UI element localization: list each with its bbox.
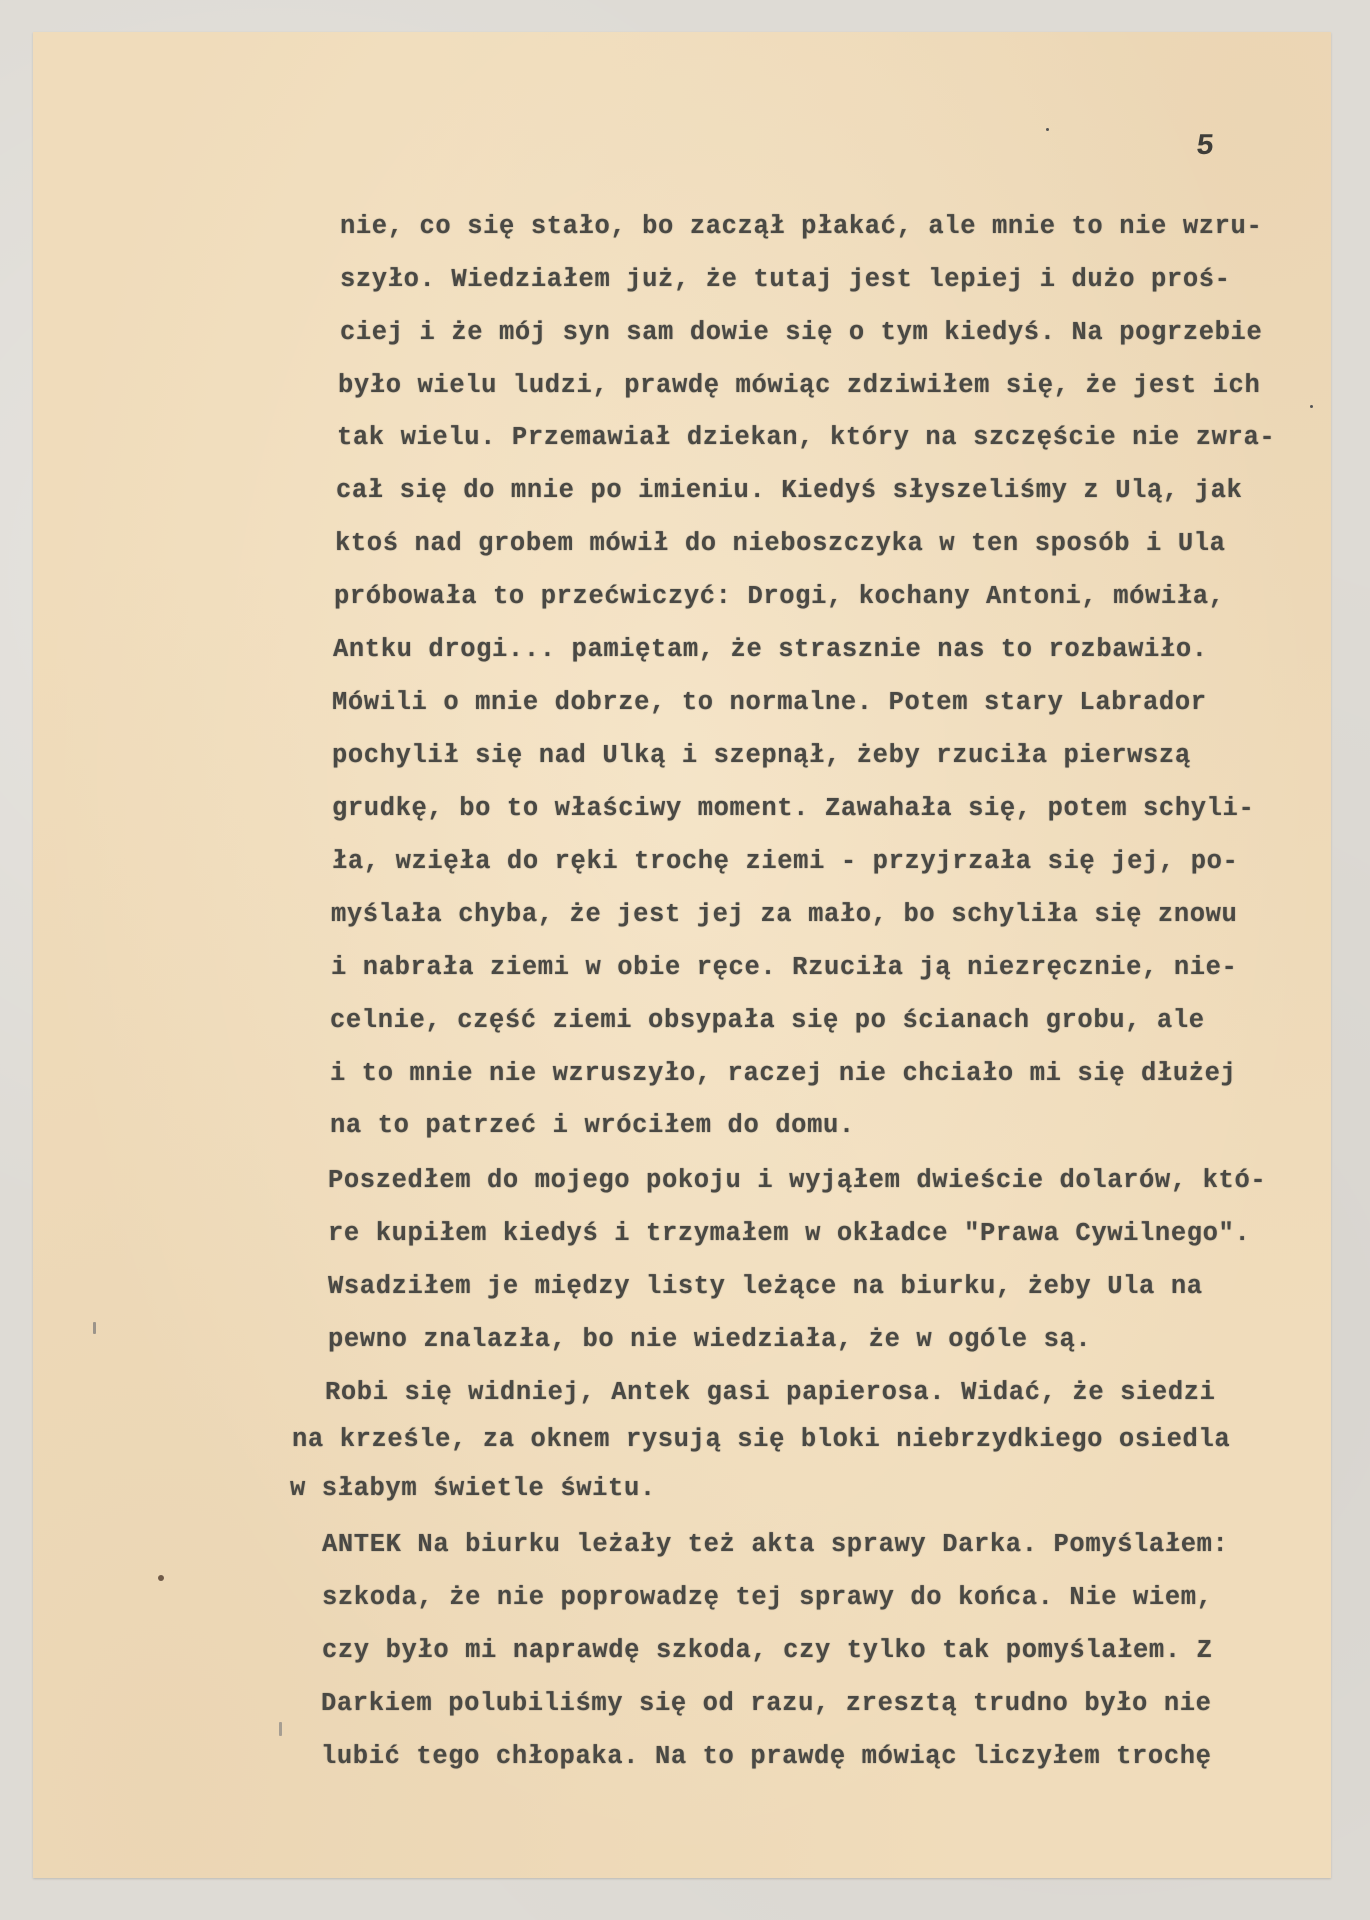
text-line: myślała chyba, że jest jej za mało, bo s… [331, 902, 1237, 928]
text-line: re kupiłem kiedyś i trzymałem w okładce … [328, 1221, 1250, 1247]
text-line: szyło. Wiedziałem już, że tutaj jest lep… [340, 267, 1231, 293]
text-line: Antku drogi... pamiętam, że strasznie na… [333, 637, 1208, 663]
paper-speck [1046, 128, 1049, 131]
text-line: lubić tego chłopaka. Na to prawdę mówiąc… [321, 1744, 1212, 1770]
text-line: i nabrała ziemi w obie ręce. Rzuciła ją … [331, 955, 1237, 981]
text-line: szkoda, że nie poprowadzę tej sprawy do … [322, 1585, 1213, 1611]
text-line: Robi się widniej, Antek gasi papierosa. … [325, 1380, 1216, 1406]
text-line: próbowała to przećwiczyć: Drogi, kochany… [334, 584, 1225, 610]
paper-speck [279, 1722, 282, 1736]
text-line: Wsadziłem je między listy leżące na biur… [328, 1274, 1203, 1300]
text-line: cał się do mnie po imieniu. Kiedyś słysz… [336, 478, 1242, 504]
paper-speck [158, 1575, 164, 1581]
text-line: grudkę, bo to właściwy moment. Zawahała … [332, 796, 1254, 822]
text-line: Mówili o mnie dobrze, to normalne. Potem… [332, 690, 1207, 716]
text-line: ciej i że mój syn sam dowie się o tym ki… [340, 320, 1262, 346]
paper-speck [1310, 405, 1313, 408]
text-line: było wielu ludzi, prawdę mówiąc zdziwiłe… [338, 373, 1260, 399]
typewritten-page: 5 nie, co się stało, bo zaczął płakać, a… [33, 32, 1331, 1878]
text-line: Darkiem polubiliśmy się od razu, zresztą… [321, 1691, 1212, 1717]
paper-speck [93, 1322, 96, 1334]
text-line: na krześle, za oknem rysują się bloki ni… [292, 1427, 1230, 1453]
text-line: ktoś nad grobem mówił do nieboszczyka w … [335, 531, 1226, 557]
text-line: pochylił się nad Ulką i szepnął, żeby rz… [332, 743, 1191, 769]
text-line: w słabym świetle świtu. [290, 1476, 656, 1502]
page-number: 5 [1194, 130, 1216, 164]
text-line: ła, wzięła do ręki trochę ziemi - przyjr… [332, 849, 1238, 875]
text-line: nie, co się stało, bo zaczął płakać, ale… [340, 214, 1262, 240]
text-line: tak wielu. Przemawiał dziekan, który na … [337, 425, 1275, 451]
text-line: czy było mi naprawdę szkoda, czy tylko t… [322, 1638, 1213, 1664]
text-line: i to mnie nie wzruszyło, raczej nie chci… [330, 1061, 1236, 1087]
text-line: pewno znalazła, bo nie wiedziała, że w o… [328, 1327, 1091, 1353]
text-line: na to patrzeć i wróciłem do domu. [330, 1113, 855, 1139]
text-line: Poszedłem do mojego pokoju i wyjąłem dwi… [328, 1168, 1266, 1194]
text-line: ANTEK Na biurku leżały też akta sprawy D… [322, 1532, 1228, 1558]
text-line: celnie, część ziemi obsypała się po ścia… [330, 1008, 1205, 1034]
